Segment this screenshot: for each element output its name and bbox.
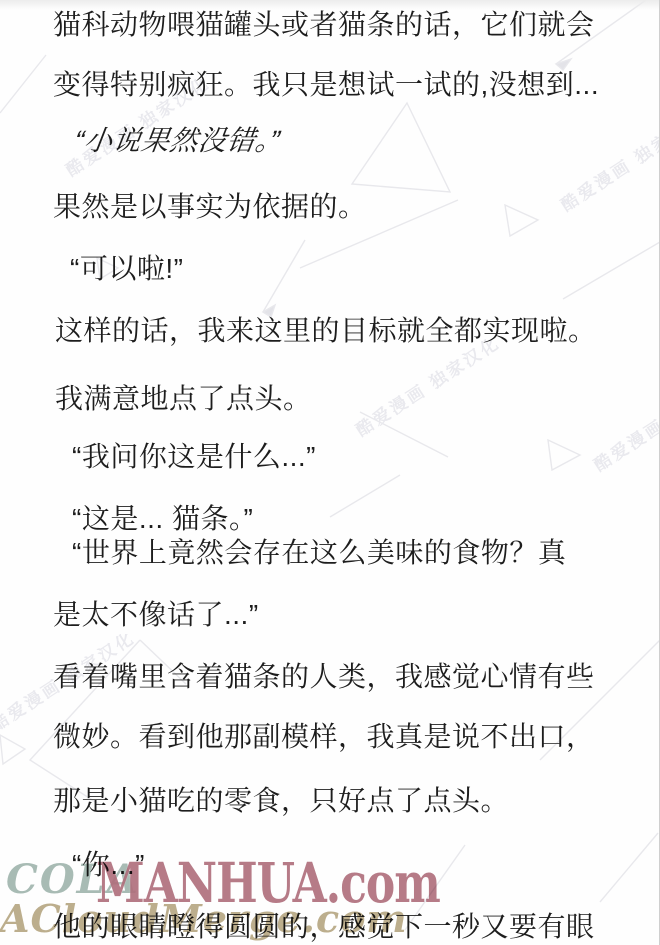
novel-text-line: 我满意地点了点头。 bbox=[55, 382, 312, 416]
novel-text-line: 这样的话，我来这里的目标就全都实现啦。 bbox=[55, 314, 597, 348]
novel-text-line: 猫科动物喂猫罐头或者猫条的话，它们就会 bbox=[53, 8, 595, 42]
novel-text-line: 那是小猫吃的零食，只好点了点头。 bbox=[53, 784, 509, 818]
novel-text-line: “这是... 猫条。” bbox=[72, 502, 253, 536]
novel-text-line: 是太不像话了...” bbox=[53, 598, 259, 632]
novel-text-line: 他的眼睛瞪得圆圆的，感觉下一秒又要有眼 bbox=[53, 910, 595, 944]
novel-text-line: 微妙。看到他那副模样，我真是说不出口， bbox=[53, 720, 595, 754]
novel-text: 猫科动物喂猫罐头或者猫条的话，它们就会变得特别疯狂。我只是想试一试的,没想到..… bbox=[0, 0, 659, 945]
novel-text-line: “世界上竟然会存在这么美味的食物？真 bbox=[72, 536, 566, 570]
novel-text-line: “可以啦!” bbox=[70, 252, 183, 286]
novel-text-line: “小说果然没错。” bbox=[72, 124, 282, 158]
novel-text-line: “你...” bbox=[72, 848, 145, 882]
novel-text-line: 果然是以事实为依据的。 bbox=[53, 190, 367, 224]
novel-page: 酷爱漫画 独家汉化酷爱漫画 独家汉化酷爱漫画 独家汉化酷爱漫画 独家汉化酷爱漫画… bbox=[0, 0, 660, 945]
novel-text-line: 变得特别疯狂。我只是想试一试的,没想到... bbox=[53, 68, 599, 102]
novel-text-line: 看着嘴里含着猫条的人类，我感觉心情有些 bbox=[53, 660, 595, 694]
novel-text-line: “我问你这是什么...” bbox=[72, 440, 316, 474]
